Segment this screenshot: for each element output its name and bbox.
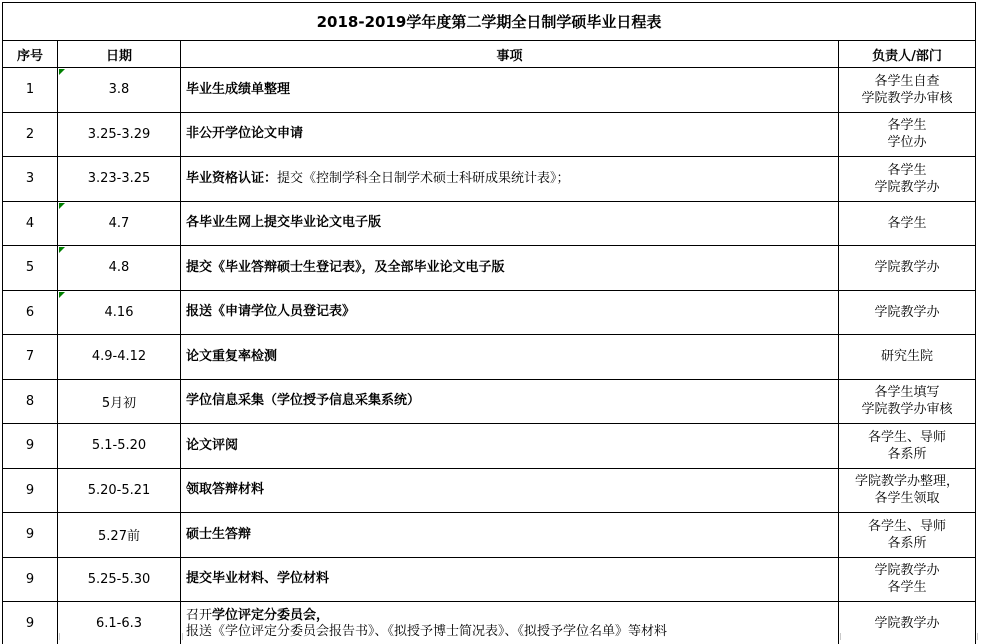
gridline-stub <box>977 633 978 640</box>
owner-line2: 各系所 <box>839 446 975 463</box>
item-text-line2: 报送《学位评定分委员会报告书》、《拟授予博士简况表》、《拟授予学位名单》等材料 <box>186 624 835 640</box>
owner-line1: 各学生 <box>839 215 975 232</box>
row-number: 6 <box>26 305 34 320</box>
table-row: 8 5月初 学位信息采集（学位授予信息采集系统） 各学生填写 学院教学办审核 <box>3 379 976 424</box>
date-cell[interactable]: 3.23-3.25 <box>58 157 181 202</box>
item-cell[interactable]: 非公开学位论文申请 <box>181 112 839 157</box>
table-row: 3 3.23-3.25 毕业资格认证：提交《控制学科全日制学术硕士科研成果统计表… <box>3 157 976 202</box>
row-number-cell[interactable]: 2 <box>3 112 58 157</box>
table-row: 9 5.1-5.20 论文评阅 各学生、导师 各系所 <box>3 424 976 469</box>
owner-line2: 学位办 <box>839 134 975 151</box>
item-cell[interactable]: 毕业资格认证：提交《控制学科全日制学术硕士科研成果统计表》； <box>181 157 839 202</box>
item-text: 学位信息采集（学位授予信息采集系统） <box>186 393 835 409</box>
date-text: 5.20-5.21 <box>88 483 151 498</box>
owner-cell[interactable]: 各学生 学院教学办 <box>839 157 976 202</box>
item-cell[interactable]: 提交《毕业答辩硕士生登记表》，及全部毕业论文电子版 <box>181 246 839 291</box>
item-text: 提交《毕业答辩硕士生登记表》，及全部毕业论文电子版 <box>186 260 835 276</box>
owner-cell[interactable]: 各学生、导师 各系所 <box>839 513 976 558</box>
column-header-item[interactable]: 事项 <box>181 41 839 68</box>
owner-cell[interactable]: 学院教学办 <box>839 290 976 335</box>
row-number: 9 <box>26 438 34 453</box>
owner-line2: 各学生领取 <box>839 490 975 507</box>
date-text: 5.1-5.20 <box>92 438 146 453</box>
date-cell[interactable]: 4.8 <box>58 246 181 291</box>
item-cell[interactable]: 领取答辩材料 <box>181 468 839 513</box>
row-number-cell[interactable]: 6 <box>3 290 58 335</box>
row-number-cell[interactable]: 9 <box>3 468 58 513</box>
owner-line1: 各学生 <box>839 117 975 134</box>
date-cell[interactable]: 5月初 <box>58 379 181 424</box>
date-text: 4.7 <box>109 216 130 231</box>
row-number: 3 <box>26 171 34 186</box>
owner-cell[interactable]: 学院教学办 <box>839 602 976 644</box>
row-number-cell[interactable]: 1 <box>3 68 58 113</box>
page-title[interactable]: 2018-2019学年度第二学期全日制学硕毕业日程表 <box>3 3 976 41</box>
row-number-cell[interactable]: 9 <box>3 424 58 469</box>
date-text: 6.1-6.3 <box>96 616 142 631</box>
date-cell[interactable]: 5.25-5.30 <box>58 557 181 602</box>
item-text: 领取答辩材料 <box>186 482 835 498</box>
item-cell[interactable]: 学位信息采集（学位授予信息采集系统） <box>181 379 839 424</box>
table-row: 9 5.20-5.21 领取答辩材料 学院教学办整理， 各学生领取 <box>3 468 976 513</box>
column-header-date[interactable]: 日期 <box>58 41 181 68</box>
item-cell[interactable]: 论文重复率检测 <box>181 335 839 380</box>
spreadsheet-page: { "title": "2018-2019学年度第二学期全日制学硕毕业日程表",… <box>0 0 982 644</box>
gridline-stub <box>59 633 60 640</box>
table-row: 7 4.9-4.12 论文重复率检测 研究生院 <box>3 335 976 380</box>
schedule-table-sheet: 2018-2019学年度第二学期全日制学硕毕业日程表 序号 日期 事项 负责人/… <box>2 2 976 644</box>
row-number: 1 <box>26 82 34 97</box>
owner-cell[interactable]: 各学生、导师 各系所 <box>839 424 976 469</box>
item-text: 非公开学位论文申请 <box>186 126 835 142</box>
owner-cell[interactable]: 各学生 <box>839 201 976 246</box>
item-cell[interactable]: 提交毕业材料、学位材料 <box>181 557 839 602</box>
error-indicator-icon <box>59 247 65 253</box>
row-number-cell[interactable]: 9 <box>3 557 58 602</box>
item-cell[interactable]: 毕业生成绩单整理 <box>181 68 839 113</box>
row-number: 9 <box>26 572 34 587</box>
date-text: 4.16 <box>105 305 134 320</box>
item-cell[interactable]: 召开学位评定分委员会， 报送《学位评定分委员会报告书》、《拟授予博士简况表》、《… <box>181 602 839 644</box>
date-cell[interactable]: 6.1-6.3 <box>58 602 181 644</box>
owner-line1: 各学生 <box>839 162 975 179</box>
date-text: 5.25-5.30 <box>88 572 151 587</box>
owner-line1: 学院教学办整理， <box>839 473 975 490</box>
row-number: 2 <box>26 127 34 142</box>
item-text: 提交毕业材料、学位材料 <box>186 571 835 587</box>
date-cell[interactable]: 5.20-5.21 <box>58 468 181 513</box>
owner-line1: 各学生填写 <box>839 384 975 401</box>
item-cell[interactable]: 论文评阅 <box>181 424 839 469</box>
date-cell[interactable]: 4.7 <box>58 201 181 246</box>
owner-line1: 学院教学办 <box>839 615 975 632</box>
date-text: 4.8 <box>109 260 130 275</box>
owner-line2: 学院教学办审核 <box>839 90 975 107</box>
table-row: 2 3.25-3.29 非公开学位论文申请 各学生 学位办 <box>3 112 976 157</box>
owner-line1: 学院教学办 <box>839 304 975 321</box>
row-number: 8 <box>26 394 34 409</box>
date-text: 3.8 <box>109 82 130 97</box>
row-number: 5 <box>26 260 34 275</box>
error-indicator-icon <box>59 69 65 75</box>
owner-cell[interactable]: 各学生 学位办 <box>839 112 976 157</box>
row-number-cell[interactable]: 9 <box>3 602 58 644</box>
table-header-row: 序号 日期 事项 负责人/部门 <box>3 41 976 68</box>
owner-cell[interactable]: 学院教学办 <box>839 246 976 291</box>
owner-cell[interactable]: 各学生自查 学院教学办审核 <box>839 68 976 113</box>
table-row: 9 5.27前 硕士生答辩 各学生、导师 各系所 <box>3 513 976 558</box>
item-cell[interactable]: 各毕业生网上提交毕业论文电子版 <box>181 201 839 246</box>
table-row: 9 6.1-6.3 召开学位评定分委员会， 报送《学位评定分委员会报告书》、《拟… <box>3 602 976 644</box>
date-text: 4.9-4.12 <box>92 349 146 364</box>
date-cell[interactable]: 4.16 <box>58 290 181 335</box>
item-text: 报送《申请学位人员登记表》 <box>186 304 835 320</box>
owner-line2: 各系所 <box>839 535 975 552</box>
table-row: 9 5.25-5.30 提交毕业材料、学位材料 学院教学办 各学生 <box>3 557 976 602</box>
table-row: 5 4.8 提交《毕业答辩硕士生登记表》，及全部毕业论文电子版 学院教学办 <box>3 246 976 291</box>
item-text: 各毕业生网上提交毕业论文电子版 <box>186 215 835 231</box>
owner-cell[interactable]: 学院教学办整理， 各学生领取 <box>839 468 976 513</box>
date-cell[interactable]: 5.1-5.20 <box>58 424 181 469</box>
date-cell[interactable]: 5.27前 <box>58 513 181 558</box>
owner-line2: 学院教学办 <box>839 179 975 196</box>
item-text: 论文评阅 <box>186 438 835 454</box>
date-text: 5月初 <box>102 396 136 411</box>
owner-line2: 各学生 <box>839 579 975 596</box>
column-header-no[interactable]: 序号 <box>3 41 58 68</box>
table-row: 4 4.7 各毕业生网上提交毕业论文电子版 各学生 <box>3 201 976 246</box>
owner-line2: 学院教学办审核 <box>839 401 975 418</box>
column-header-owner[interactable]: 负责人/部门 <box>839 41 976 68</box>
date-cell[interactable]: 4.9-4.12 <box>58 335 181 380</box>
row-number: 9 <box>26 616 34 631</box>
date-cell[interactable]: 3.25-3.29 <box>58 112 181 157</box>
row-number-cell[interactable]: 3 <box>3 157 58 202</box>
item-text: 毕业资格认证：提交《控制学科全日制学术硕士科研成果统计表》； <box>186 171 835 187</box>
row-number-cell[interactable]: 5 <box>3 246 58 291</box>
row-number-cell[interactable]: 8 <box>3 379 58 424</box>
item-cell[interactable]: 报送《申请学位人员登记表》 <box>181 290 839 335</box>
row-number: 4 <box>26 216 34 231</box>
error-indicator-icon <box>59 203 65 209</box>
row-number: 9 <box>26 483 34 498</box>
row-number-cell[interactable]: 9 <box>3 513 58 558</box>
item-text: 毕业生成绩单整理 <box>186 82 835 98</box>
owner-cell[interactable]: 学院教学办 各学生 <box>839 557 976 602</box>
owner-line1: 学院教学办 <box>839 562 975 579</box>
item-cell[interactable]: 硕士生答辩 <box>181 513 839 558</box>
item-text: 硕士生答辩 <box>186 527 835 543</box>
owner-line1: 研究生院 <box>839 348 975 365</box>
table-title-row: 2018-2019学年度第二学期全日制学硕毕业日程表 <box>3 3 976 41</box>
row-number: 7 <box>26 349 34 364</box>
owner-cell[interactable]: 研究生院 <box>839 335 976 380</box>
row-number-cell[interactable]: 7 <box>3 335 58 380</box>
row-number: 9 <box>26 527 34 542</box>
owner-line1: 各学生、导师 <box>839 429 975 446</box>
gridline-stub <box>840 633 841 640</box>
owner-line1: 学院教学办 <box>839 259 975 276</box>
item-text: 召开学位评定分委员会， <box>186 608 835 624</box>
owner-line1: 各学生自查 <box>839 73 975 90</box>
error-indicator-icon <box>59 292 65 298</box>
date-cell[interactable]: 3.8 <box>58 68 181 113</box>
date-text: 5.27前 <box>98 529 140 544</box>
item-text: 论文重复率检测 <box>186 349 835 365</box>
table-row: 1 3.8 毕业生成绩单整理 各学生自查 学院教学办审核 <box>3 68 976 113</box>
gridline-stub <box>182 633 183 640</box>
date-text: 3.23-3.25 <box>88 171 151 186</box>
row-number-cell[interactable]: 4 <box>3 201 58 246</box>
graduation-schedule-table: 2018-2019学年度第二学期全日制学硕毕业日程表 序号 日期 事项 负责人/… <box>2 2 976 644</box>
table-row: 6 4.16 报送《申请学位人员登记表》 学院教学办 <box>3 290 976 335</box>
date-text: 3.25-3.29 <box>88 127 151 142</box>
owner-cell[interactable]: 各学生填写 学院教学办审核 <box>839 379 976 424</box>
owner-line1: 各学生、导师 <box>839 518 975 535</box>
